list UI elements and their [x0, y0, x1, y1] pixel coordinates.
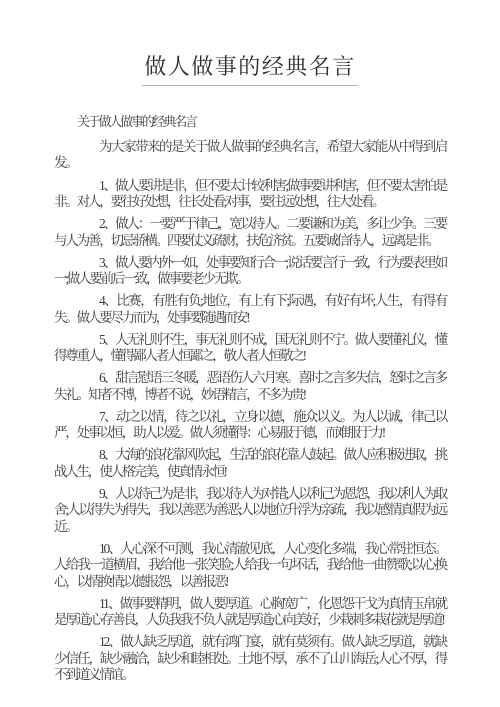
quote-item: 10、人心深不可测，我心清澈见底，人心变化多端，我心常驻恒态。人给我一道横眉，我… — [54, 541, 446, 591]
title-block: 做人做事的经典名言 — [0, 0, 500, 86]
quote-item: 5、人无礼则不生，事无礼则不成，国无礼则不宁。做人要懂礼仪，懂得尊重人，懂得鄙人… — [54, 332, 446, 365]
document-page: 做人做事的经典名言 关于做人做事的经典名言 为大家带来的是关于做人做事的经典名言… — [0, 0, 500, 707]
quote-item: 12、做人缺乏厚道，就有鸿门宴，就有莫须有。做人缺乏厚道，就缺少信任，缺少融洽，… — [54, 634, 446, 684]
quote-item: 7、动之以情，待之以礼，立身以德，施众以义。为人以诚，律己以严，处事以恒，助人以… — [54, 409, 446, 442]
quote-item: 8、大海的浪花靠风吹起，生活的浪花靠人鼓起。做人应积极进取，挑战人生，使人格完美… — [54, 447, 446, 480]
quote-item: 1、做人要讲是非，但不要太计较利害;做事要讲利害，但不要太害怕是非。对人，要往好… — [54, 178, 446, 211]
subtitle: 关于做人做事的经典名言 — [54, 114, 446, 131]
quote-item: 11、做事要精明，做人要厚道。心胸宽广，化恩怨干戈为真情玉帛就是厚道;心存善良，… — [54, 596, 446, 629]
intro-paragraph: 为大家带来的是关于做人做事的经典名言，希望大家能从中得到启发。 — [54, 139, 446, 172]
quote-item: 9、人以待己为是非，我以待人为对错;人以利己为恩怨，我以利人为取舍;人以得失为得… — [54, 486, 446, 536]
quote-item: 6、甜言慰语三冬暖，恶语伤人六月寒。喜时之言多失信，怒时之言多失礼。知者不博，博… — [54, 370, 446, 403]
document-body: 关于做人做事的经典名言 为大家带来的是关于做人做事的经典名言，希望大家能从中得到… — [0, 114, 500, 684]
quote-item: 2、做人：一要严于律己，宽以待人。二要谦和为美，多让少争。三要与人为善，切忌骄横… — [54, 216, 446, 249]
quote-item: 3、做人要内外一如，处事要知行合一;说话要言行一致，行为要表里如一;做人要前后一… — [54, 255, 446, 288]
page-title: 做人做事的经典名言 — [142, 50, 358, 86]
quote-item: 4、比赛，有胜有负;地位，有上有下;际遇，有好有坏;人生，有得有失。做人要尽力而… — [54, 293, 446, 326]
